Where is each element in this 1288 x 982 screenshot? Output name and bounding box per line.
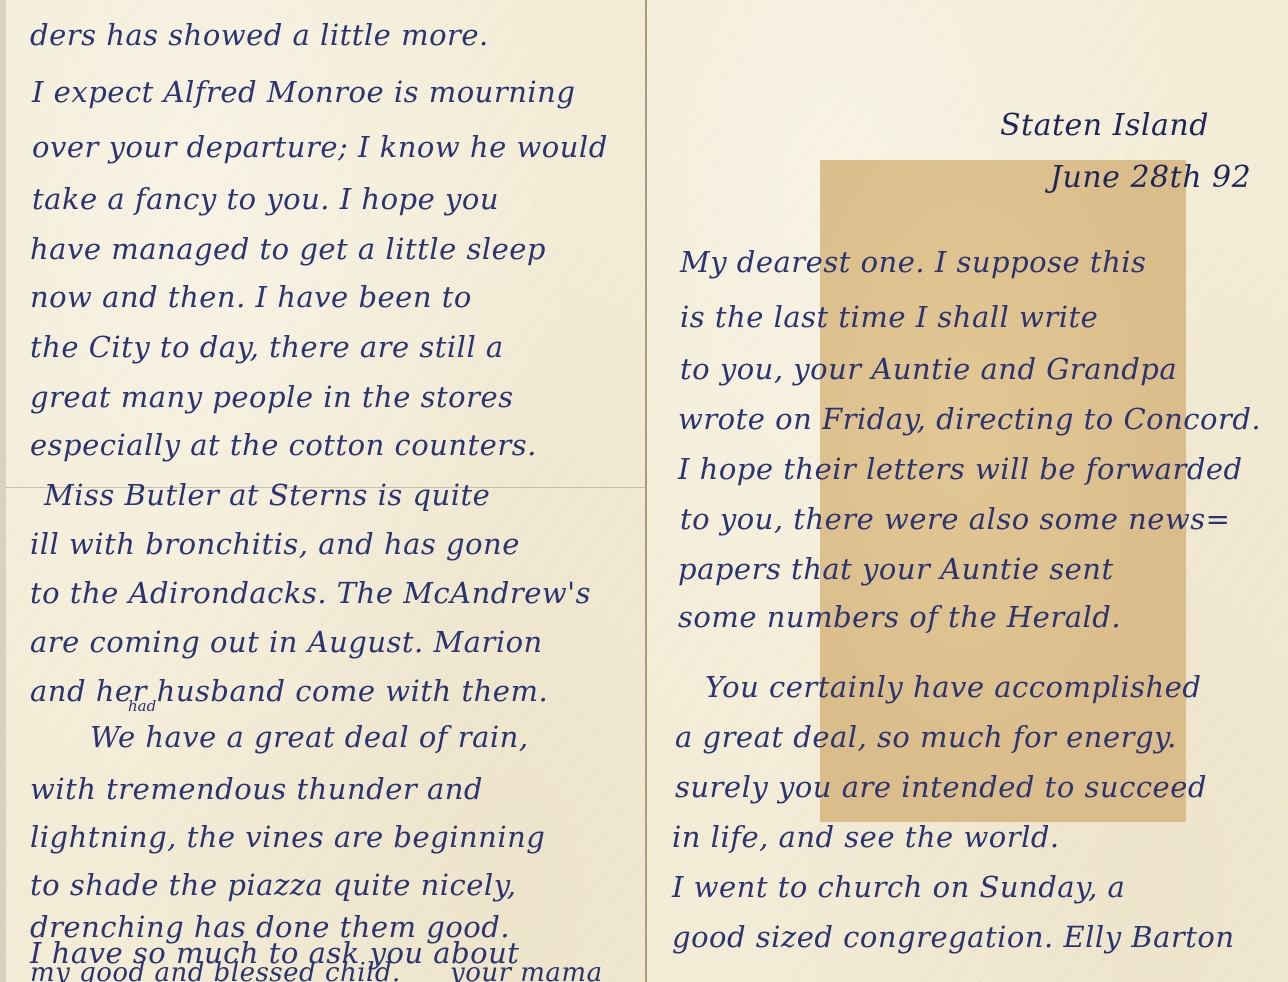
right-line-12: in life, and see the world.	[672, 820, 1060, 854]
right-line-8: some numbers of the Herald.	[678, 600, 1121, 634]
left-line-16: with tremendous thunder and	[30, 772, 483, 806]
left-line-13: are coming out in August. Marion	[30, 625, 543, 659]
page-fold	[645, 0, 647, 982]
right-line-7: papers that your Auntie sent	[678, 552, 1114, 586]
right-line-5: I hope their letters will be forwarded	[678, 452, 1243, 486]
left-line-11: ill with bronchitis, and has gone	[30, 527, 520, 561]
right-line-4: wrote on Friday, directing to Concord.	[678, 402, 1261, 436]
left-line-7: the City to day, there are still a	[30, 330, 504, 364]
right-line-10: a great deal, so much for energy.	[675, 720, 1177, 754]
left-line-10: Miss Butler at Sterns is quite	[44, 478, 490, 512]
right-line-3: to you, your Auntie and Grandpa	[680, 352, 1177, 386]
right-line-13: I went to church on Sunday, a	[672, 870, 1125, 904]
left-line-18: to shade the piazza quite nicely,	[30, 868, 516, 902]
left-line-2: I expect Alfred Monroe is mourning	[32, 75, 575, 109]
left-line-4: take a fancy to you. I hope you	[32, 182, 499, 216]
left-line-15: We have a great deal of rain,	[90, 720, 529, 754]
left-line-8: great many people in the stores	[30, 380, 514, 414]
left-line-14: and her husband come with them.	[30, 674, 548, 708]
left-line-17: lightning, the vines are beginning	[30, 820, 545, 854]
left-line-9: especially at the cotton counters.	[30, 428, 537, 462]
right-line-2: is the last time I shall write	[680, 300, 1098, 334]
left-line-3: over your departure; I know he would	[32, 130, 608, 164]
right-line-14: good sized congregation. Elly Barton	[672, 920, 1235, 954]
letter-place: Staten Island	[1000, 108, 1209, 143]
left-line-6: now and then. I have been to	[30, 280, 472, 314]
left-line-1: ders has showed a little more.	[30, 18, 489, 52]
right-line-6: to you, there were also some news=	[680, 502, 1230, 536]
left-insertion: had	[128, 697, 156, 715]
left-line-21: my good and blessed child.	[30, 958, 401, 982]
right-line-11: surely you are intended to succeed	[675, 770, 1207, 804]
left-line-12: to the Adirondacks. The McAndrew's	[30, 576, 591, 610]
left-line-5: have managed to get a little sleep	[30, 232, 546, 266]
signature: your mama	[450, 958, 603, 982]
letter-date: June 28th 92	[1050, 160, 1251, 195]
right-line-1: My dearest one. I suppose this	[680, 245, 1146, 279]
right-line-9: You certainly have accomplished	[705, 670, 1201, 704]
